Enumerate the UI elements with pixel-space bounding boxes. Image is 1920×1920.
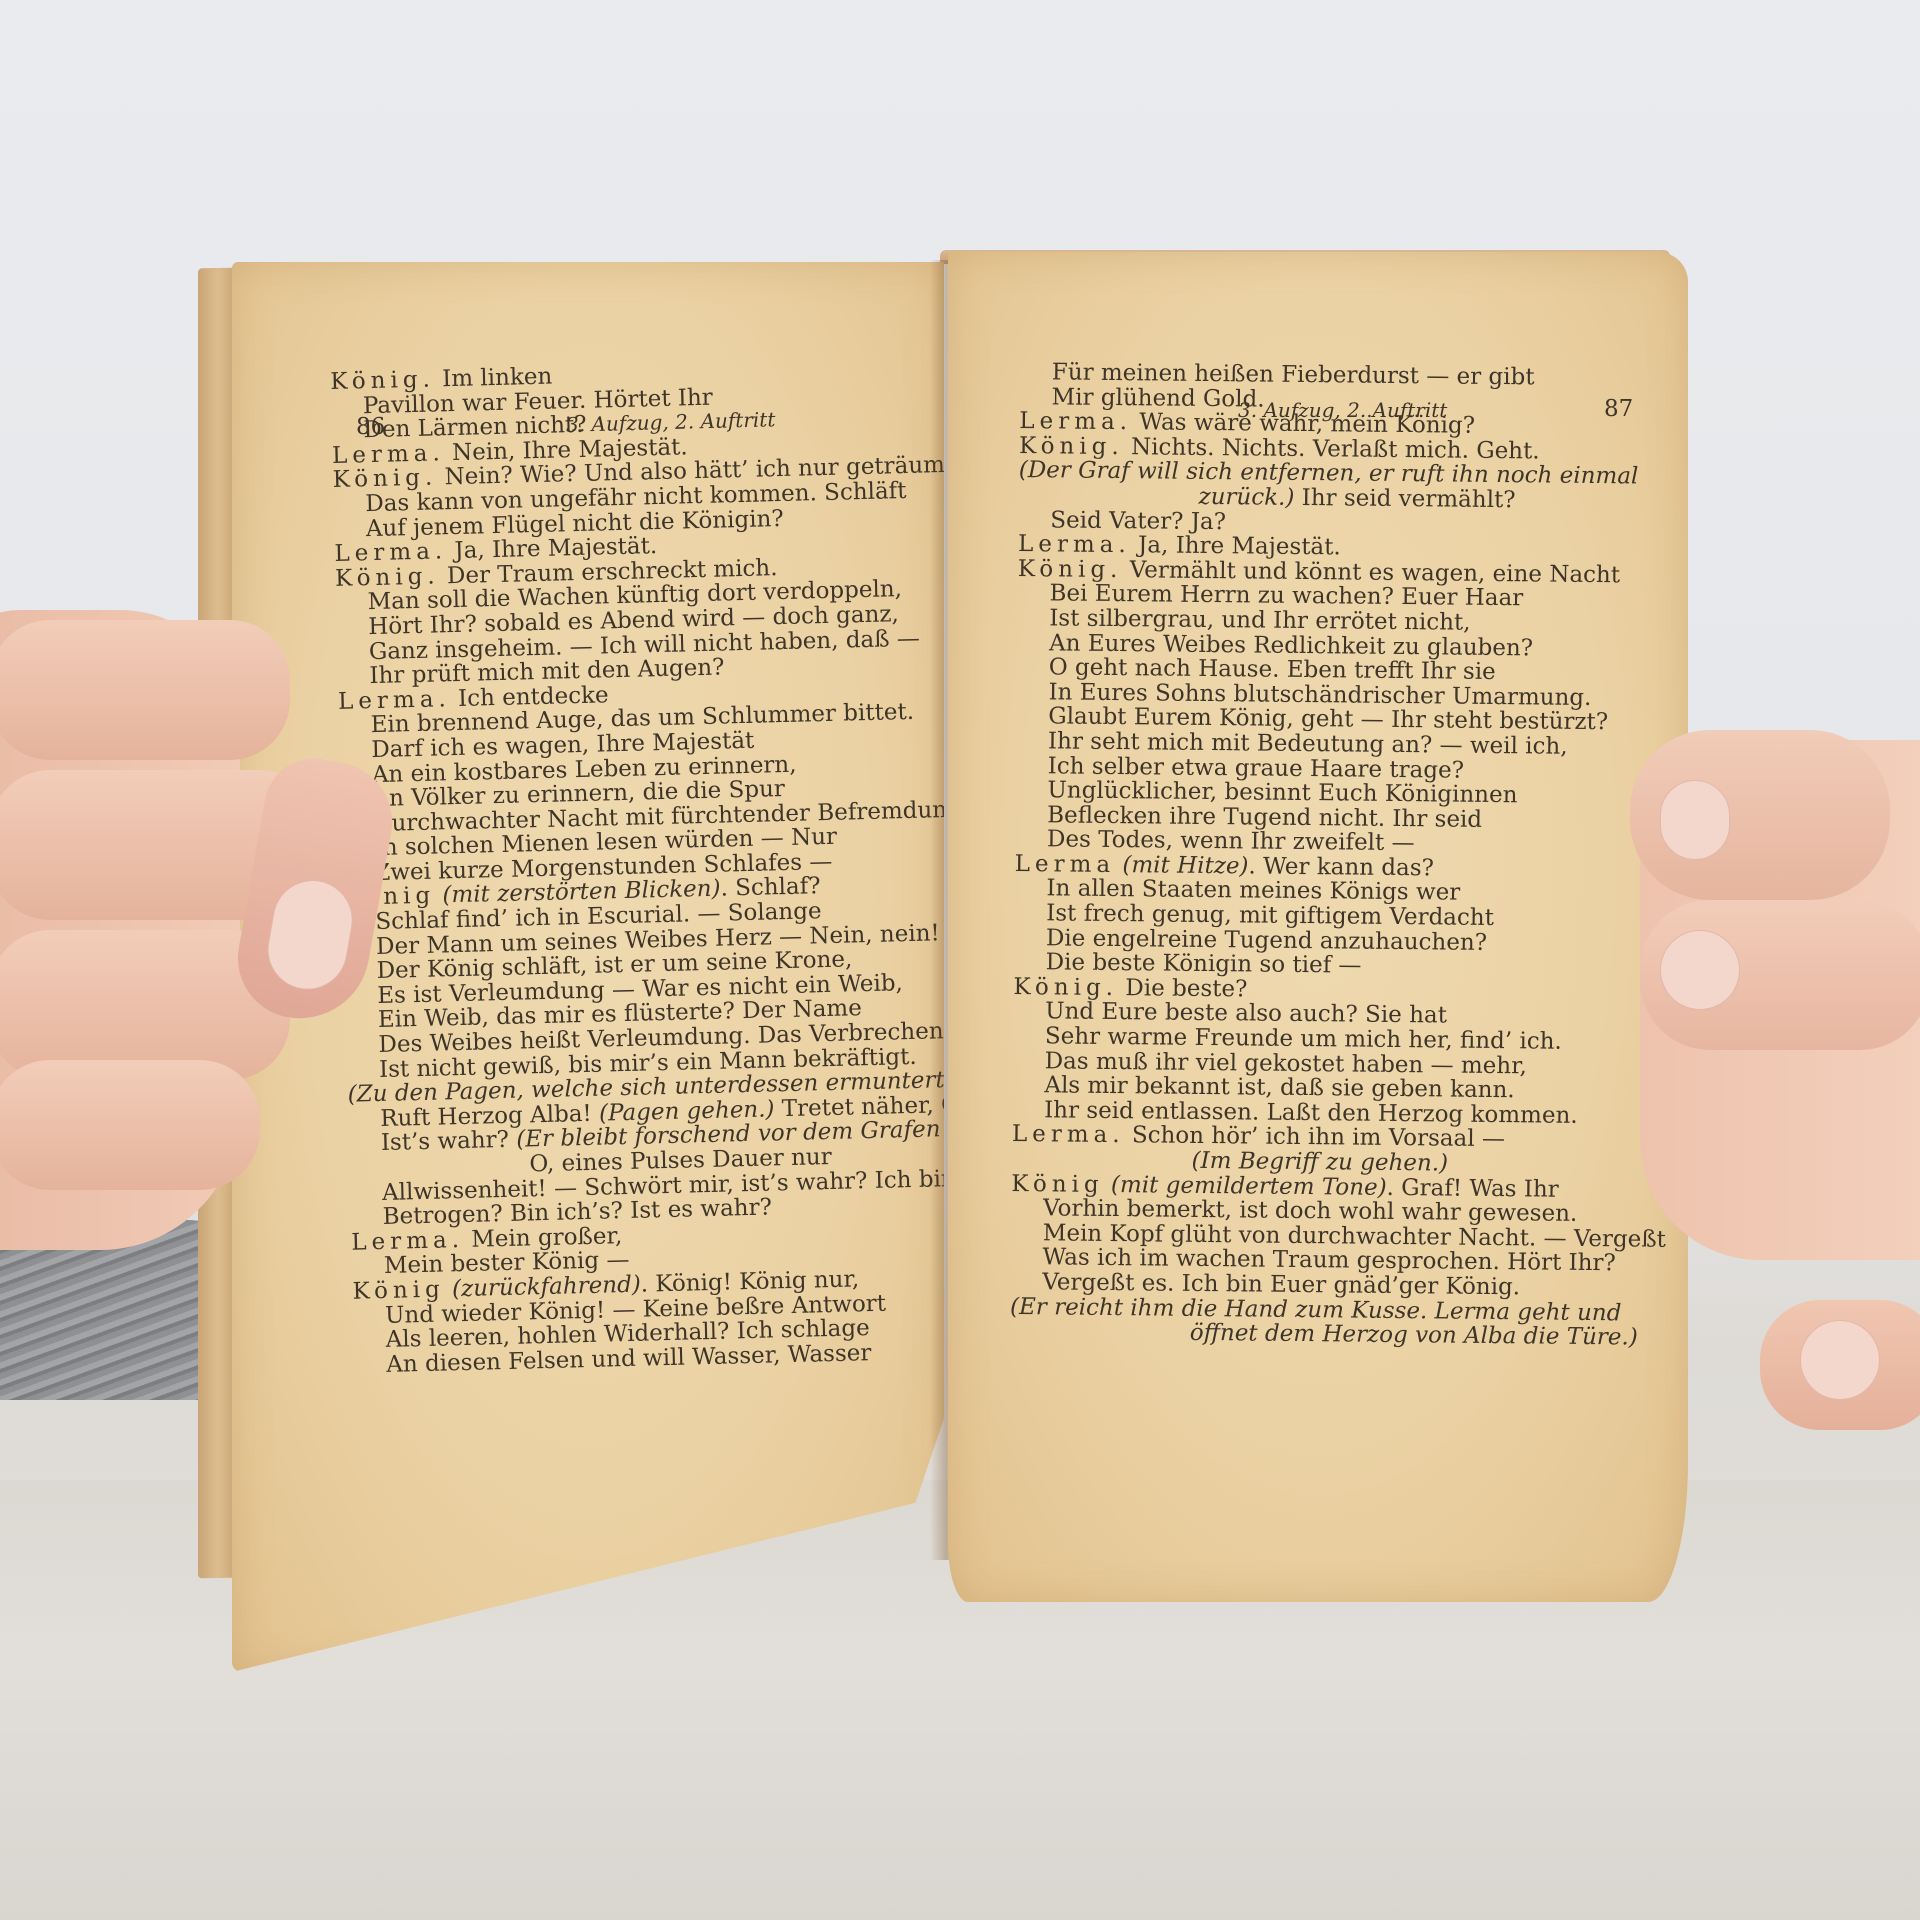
- stage-direction: zurück.): [1198, 484, 1294, 511]
- speaker-name: König.: [1013, 974, 1118, 1001]
- right-finger: [1640, 900, 1920, 1050]
- speaker-name: Lerma: [1015, 851, 1116, 878]
- left-finger: [0, 1060, 260, 1190]
- right-page: 3. Aufzug, 2. Auftritt 87 Für meinen hei…: [948, 252, 1688, 1602]
- speaker-name: König.: [1019, 433, 1124, 460]
- thumbnail: [261, 874, 359, 996]
- stage-direction: öffnet dem Herzog von Alba die Türe.): [1190, 1320, 1638, 1351]
- line-text: Schon hör’ ich ihn im Vorsaal —: [1124, 1123, 1505, 1153]
- page-text: Für meinen heißen Fieberdurst — er gibtM…: [1010, 360, 1675, 1351]
- right-finger: [1760, 1300, 1920, 1430]
- line-text: Ihr seid vermählt?: [1294, 485, 1515, 513]
- fingernail: [1800, 1320, 1880, 1400]
- thumbnail: [1660, 780, 1730, 860]
- right-thumb: [1630, 730, 1890, 900]
- speaker-name: Lerma.: [1012, 1121, 1125, 1148]
- left-finger: [0, 620, 290, 760]
- fingernail: [1660, 930, 1740, 1010]
- line-text: Seid Vater? Ja?: [1050, 507, 1226, 535]
- stage-direction: (mit Hitze): [1115, 852, 1249, 879]
- line-text: Ist’s wahr?: [381, 1127, 517, 1156]
- stage-direction: öffnet dem Herzog von Alba die Türe.): [1010, 1319, 1665, 1350]
- line-text: Die beste?: [1118, 975, 1248, 1002]
- speaker-name: Lerma.: [1018, 531, 1131, 558]
- speaker-name: König: [1011, 1171, 1104, 1198]
- speaker-name: König.: [1018, 556, 1123, 583]
- line-text: . Graf! Was Ihr: [1387, 1174, 1559, 1202]
- line-text: . Wer kann das?: [1248, 853, 1434, 881]
- speaker-name: Lerma.: [1019, 408, 1132, 435]
